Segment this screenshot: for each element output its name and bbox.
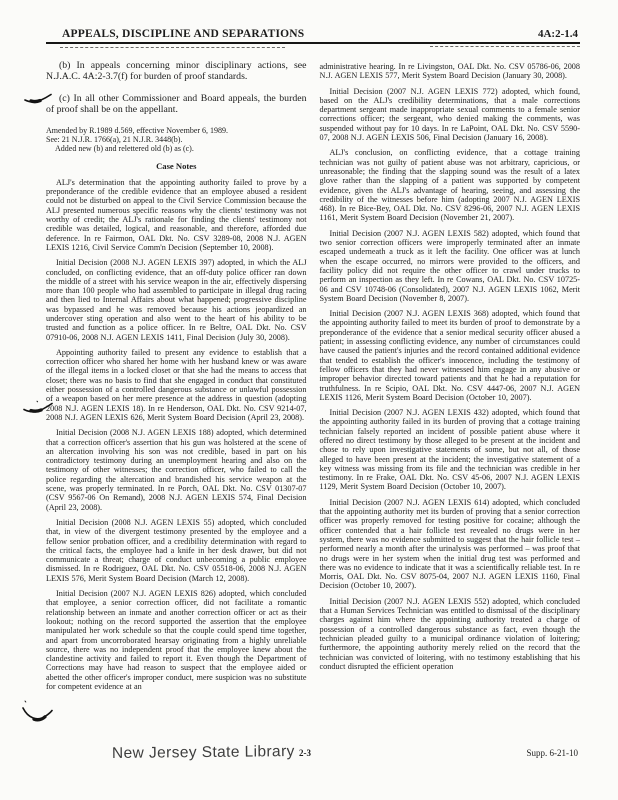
page-number: 2-3 [299, 748, 311, 758]
header-divider [46, 42, 580, 44]
checkmark-pen-mark [24, 92, 52, 106]
supplement-date: Supp. 6-21-10 [527, 748, 579, 758]
case-note-paragraph: Initial Decision (2008 N.J. AGEN LEXIS 3… [46, 258, 307, 342]
case-notes-heading: Case Notes [46, 161, 307, 171]
case-note-paragraph: administrative hearing. In re Livingston… [320, 62, 581, 81]
amendment-history: Amended by R.1989 d.569, effective Novem… [46, 126, 307, 154]
case-notes-left: ALJ's determination that the appointing … [46, 178, 307, 691]
amendment-line: Added new (b) and relettered old (b) as … [46, 144, 307, 153]
case-note-paragraph: Initial Decision (2007 N.J. AGEN LEXIS 5… [320, 597, 581, 671]
rule-paragraph-b: (b) In appeals concerning minor discipli… [46, 60, 307, 83]
case-note-paragraph: Initial Decision (2007 N.J. AGEN LEXIS 5… [320, 229, 581, 303]
case-note-paragraph: ALJ's conclusion, on conflicting evidenc… [320, 148, 581, 222]
scan-artifact-line [430, 46, 580, 47]
case-note-paragraph: Initial Decision (2007 N.J. AGEN LEXIS 4… [320, 408, 581, 492]
document-page: APPEALS, DISCIPLINE AND SEPARATIONS 4A:2… [0, 0, 618, 800]
checkmark-pen-mark [21, 698, 53, 724]
case-note-paragraph: Initial Decision (2007 N.J. AGEN LEXIS 3… [320, 309, 581, 402]
case-note-paragraph: Initial Decision (2007 N.J. AGEN LEXIS 8… [46, 589, 307, 691]
page-footer: New Jersey State Library 2-3 Supp. 6-21-… [0, 740, 618, 780]
amendment-line: Amended by R.1989 d.569, effective Novem… [46, 126, 307, 135]
header-section-number: 4A:2-1.4 [538, 28, 578, 40]
left-column: (b) In appeals concerning minor discipli… [46, 60, 307, 697]
two-column-body: (b) In appeals concerning minor discipli… [46, 60, 580, 697]
case-note-paragraph: Initial Decision (2008 N.J. AGEN LEXIS 1… [46, 428, 307, 512]
library-stamp: New Jersey State Library [112, 743, 295, 763]
right-column: administrative hearing. In re Livingston… [320, 60, 581, 697]
header-title: APPEALS, DISCIPLINE AND SEPARATIONS [62, 28, 304, 40]
case-note-paragraph: Initial Decision (2007 N.J. AGEN LEXIS 6… [320, 498, 581, 591]
scan-artifact-line [60, 47, 285, 48]
page-header: APPEALS, DISCIPLINE AND SEPARATIONS 4A:2… [46, 28, 580, 40]
rule-paragraph-c: (c) In all other Commissioner and Board … [46, 93, 307, 116]
checkmark-pen-mark [23, 400, 53, 416]
amendment-line: See: 21 N.J.R. 1766(a), 21 N.J.R. 3448(b… [46, 135, 307, 144]
case-note-paragraph: ALJ's determination that the appointing … [46, 178, 307, 252]
case-note-paragraph: Initial Decision (2008 N.J. AGEN LEXIS 5… [46, 518, 307, 583]
case-notes-right: administrative hearing. In re Livingston… [320, 62, 581, 671]
case-note-paragraph: Appointing authority failed to present a… [46, 348, 307, 422]
case-note-paragraph: Initial Decision (2007 N.J. AGEN LEXIS 7… [320, 87, 581, 143]
